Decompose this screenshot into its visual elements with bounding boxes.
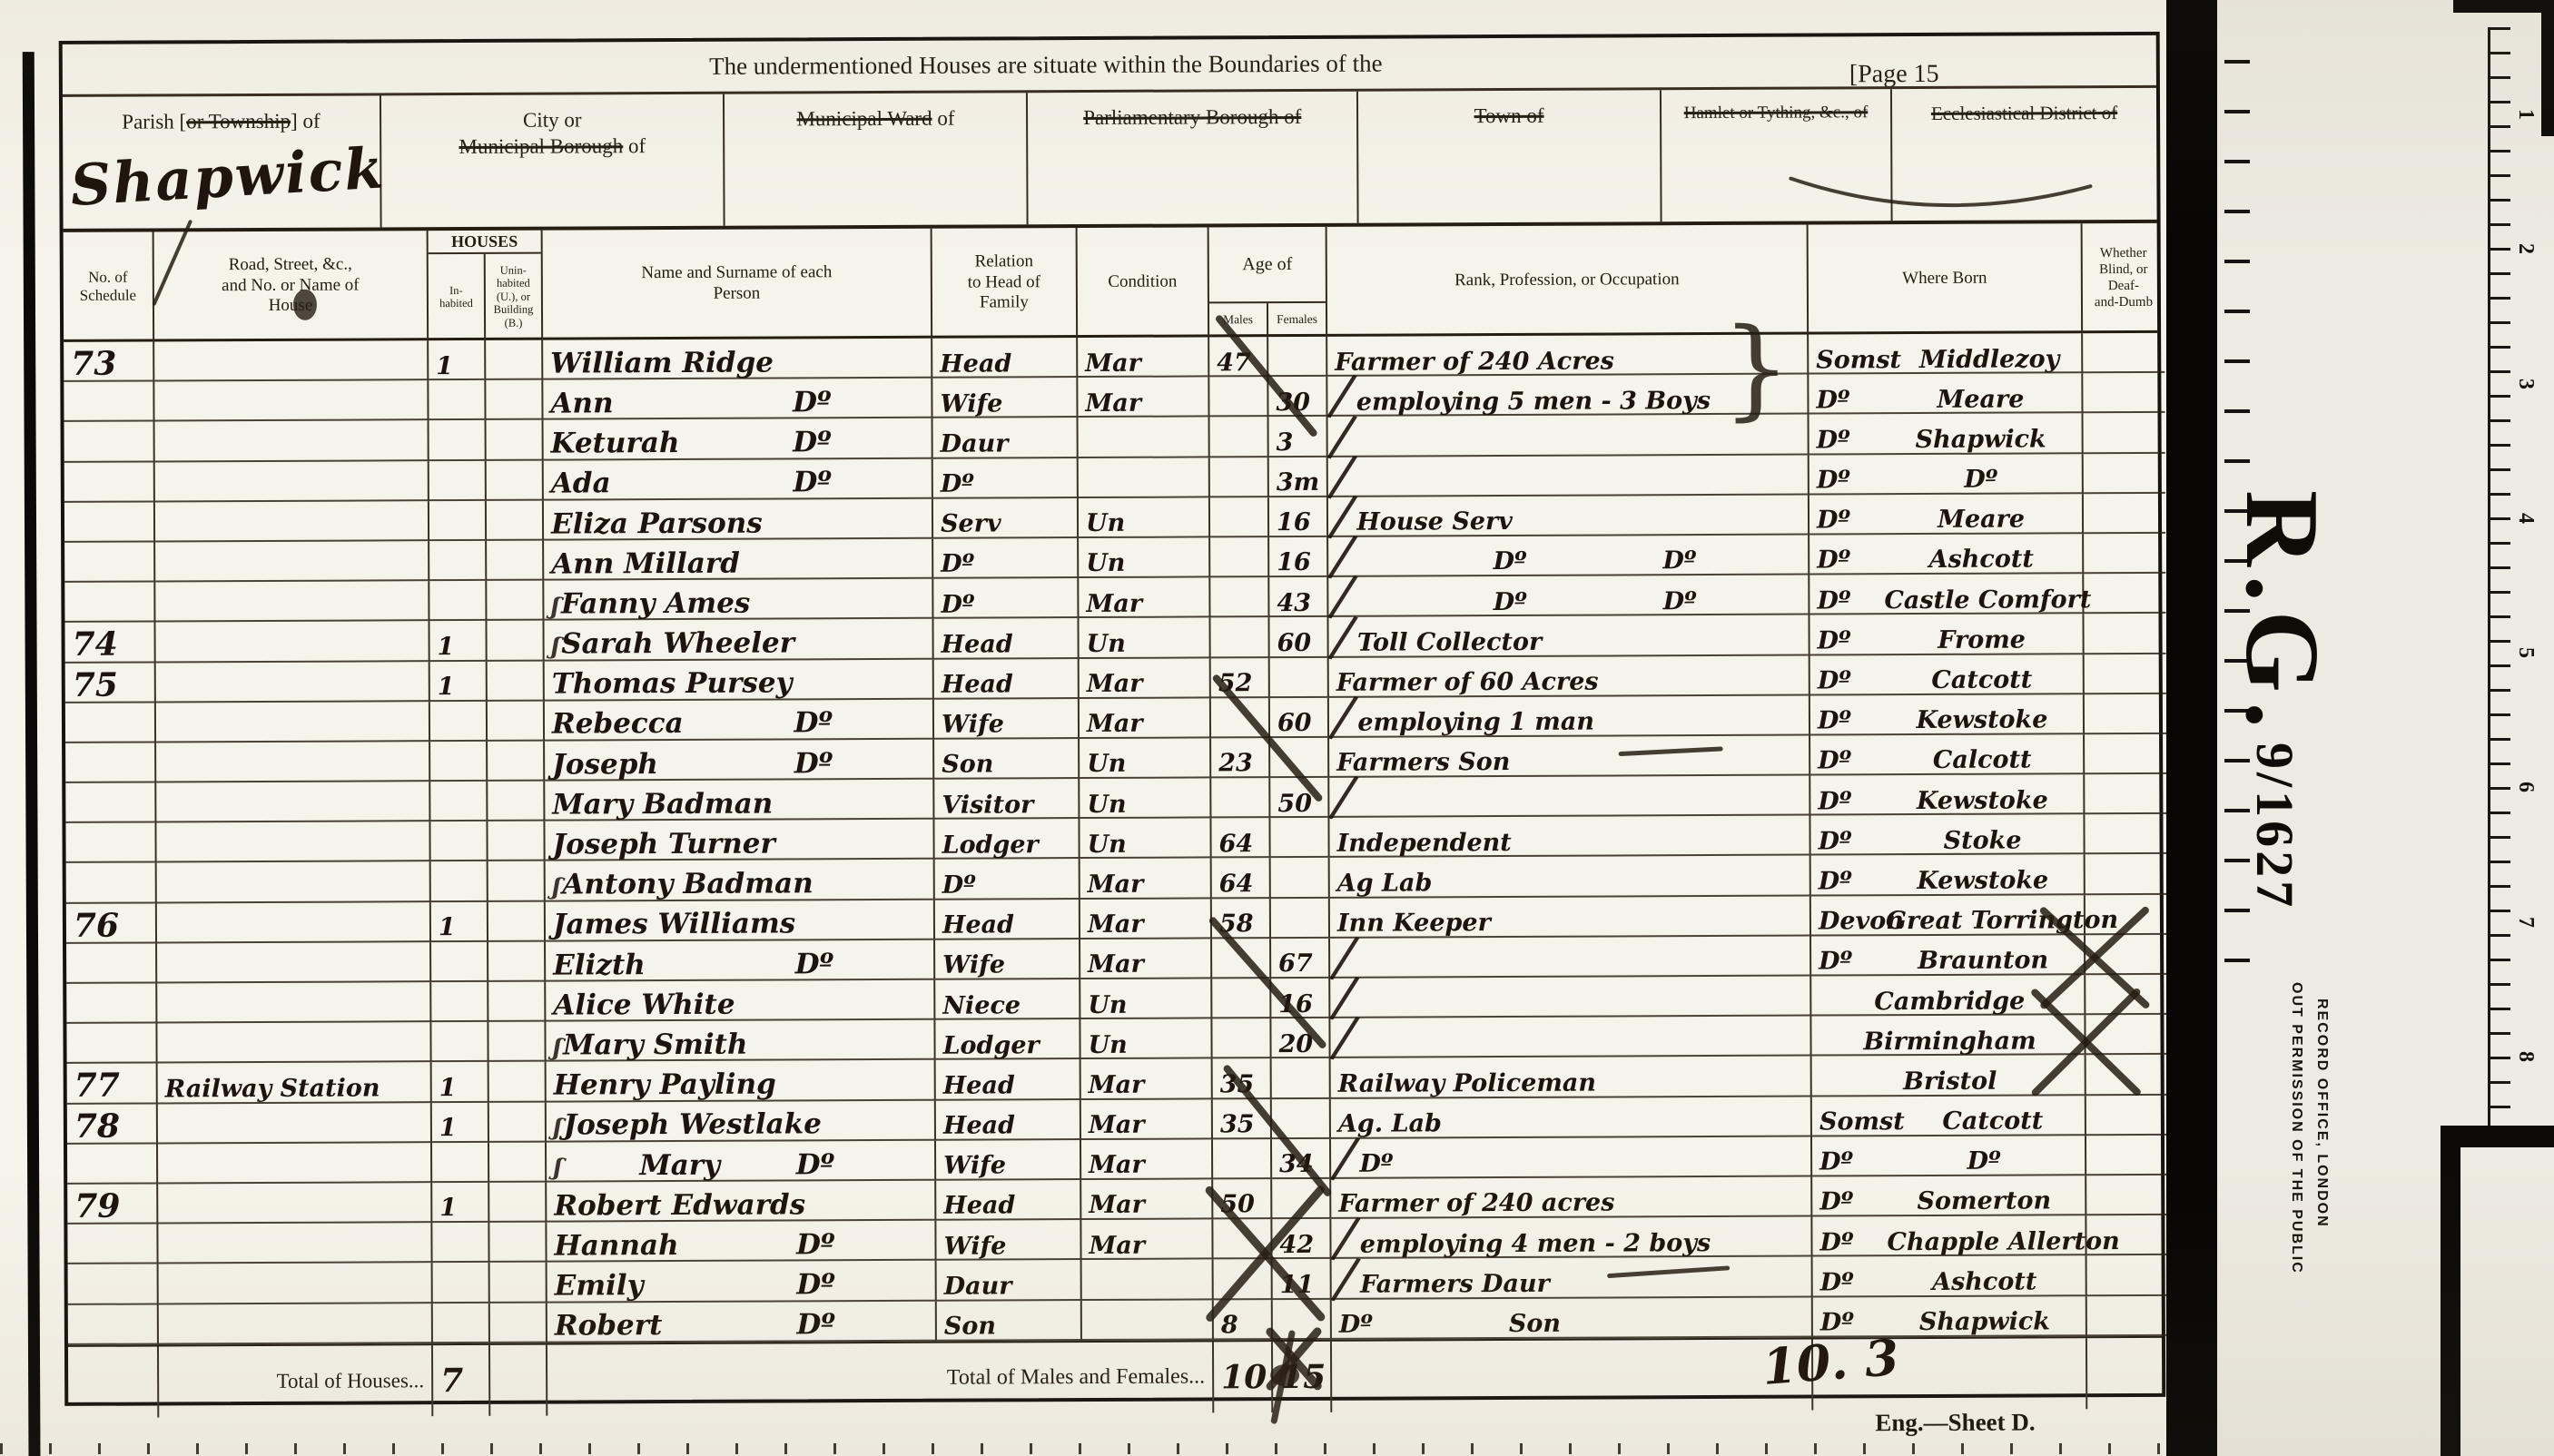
- cell-relation: Head: [935, 900, 1080, 940]
- cell-blind: [2084, 413, 2165, 454]
- cell-condition: Mar: [1080, 899, 1212, 940]
- cell-uninhabited: [488, 701, 545, 741]
- inhabited-mark: 1: [438, 675, 455, 699]
- cell-inhabited: [431, 1022, 488, 1062]
- cell-road: [155, 421, 429, 463]
- cell-road: [157, 902, 431, 944]
- cell-schedule: [64, 382, 154, 423]
- cell-relation: Daur: [937, 1260, 1082, 1301]
- cell-age-male: 58: [1212, 899, 1271, 939]
- cell-uninhabited: [488, 901, 546, 941]
- cell-age-male: [1212, 939, 1271, 979]
- city-label: City orMunicipal Borough of: [381, 107, 724, 161]
- occupation-value: employing 4 men - 2 boys: [1360, 1232, 1711, 1256]
- cell-inhabited: [429, 501, 487, 541]
- age-male-value: 35: [1220, 1113, 1255, 1136]
- condition-value: Mar: [1088, 873, 1144, 897]
- age-female-value: 11: [1280, 1274, 1315, 1297]
- parliamentary-label: Parliamentary Borough of: [1028, 104, 1356, 132]
- birth-place: Castle Comfort: [1884, 588, 2091, 613]
- cell-name: ʃFanny Ames: [544, 579, 933, 621]
- cell-age-female: [1271, 898, 1330, 938]
- cell-blind: [2085, 654, 2166, 694]
- col-header-blind: Whether Blind, or Deaf- and-Dumb: [2083, 223, 2165, 332]
- condition-value: Un: [1087, 633, 1126, 656]
- person-name: Eliza Parsons: [551, 510, 763, 537]
- condition-value: Mar: [1087, 713, 1143, 736]
- cell-age-male: [1210, 457, 1269, 497]
- person-name: Thomas Pursey: [552, 671, 793, 699]
- total-males-cell: 10: [1214, 1342, 1273, 1412]
- birth-place: Ashcott: [1884, 548, 2078, 573]
- birth-place: Catcott: [1885, 668, 2079, 693]
- relation-value: Son: [942, 753, 993, 777]
- cell-schedule: [66, 983, 157, 1024]
- person-surname-ditto: Dº: [793, 389, 832, 417]
- film-frame-vertical: [2441, 1126, 2460, 1456]
- cell-road: [157, 862, 431, 904]
- census-form: The undermentioned Houses are situate wi…: [59, 32, 2166, 1406]
- person-surname-ditto: Dº: [796, 1152, 835, 1179]
- road-value: Railway Station: [165, 1077, 380, 1101]
- cell-born: DºFrome: [1809, 615, 2084, 656]
- cell-occupation: ∕: [1329, 776, 1810, 818]
- cell-age-female: 3m: [1269, 457, 1328, 497]
- cell-inhabited: [429, 380, 486, 420]
- inhabited-mark: 1: [439, 1117, 457, 1140]
- relation-value: Dº: [942, 874, 976, 898]
- cell-blind: [2085, 774, 2166, 815]
- cell-condition: Un: [1079, 618, 1210, 659]
- cell-age-male: 50: [1213, 1179, 1272, 1219]
- ink-tally-stroke: ∕: [1330, 608, 1356, 664]
- cell-inhabited: [432, 1143, 489, 1183]
- person-given-name: Emily: [555, 1273, 644, 1300]
- cell-age-male: [1211, 778, 1270, 818]
- cell-born: DºDº: [1812, 1136, 2086, 1177]
- birth-place: Dº: [1884, 467, 2078, 492]
- occupation-ditto: Dº: [1339, 1313, 1373, 1337]
- birth-place: Braunton: [1886, 949, 2080, 974]
- cell-relation: Dº: [933, 458, 1079, 499]
- relation-value: Wife: [943, 1155, 1006, 1178]
- birth-county: Dº: [1816, 389, 1883, 412]
- cell-blind: [2087, 1255, 2169, 1296]
- cell-uninhabited: [487, 621, 544, 661]
- occupation-value: Farmers Son: [1336, 751, 1510, 774]
- person-surname-ditto: Dº: [796, 1272, 835, 1299]
- cell-age-male: 8: [1214, 1300, 1273, 1340]
- cell-age-female: 16: [1269, 537, 1328, 577]
- birth-county: Dº: [1819, 1150, 1887, 1174]
- cell-inhabited: [430, 821, 488, 861]
- cell-road: Railway Station: [158, 1063, 432, 1105]
- birth-place: Shapwick: [1884, 428, 2078, 452]
- condition-value: Mar: [1087, 673, 1143, 696]
- cell-blind: [2085, 694, 2166, 735]
- cell-uninhabited: [486, 380, 543, 420]
- cell-road: [158, 1223, 432, 1264]
- relation-value: Daur: [941, 432, 1009, 456]
- person-surname-ditto: Dº: [796, 1232, 835, 1259]
- cell-name: KeturahDº: [544, 418, 933, 460]
- cell-uninhabited: [488, 861, 546, 901]
- person-name: Henry Payling: [554, 1072, 776, 1100]
- cell-age-female: [1272, 1058, 1331, 1098]
- age-male-value: 23: [1218, 753, 1253, 776]
- cell-born: Bristol: [1812, 1056, 2086, 1097]
- person-given-name: Keturah: [551, 430, 680, 457]
- cell-condition: Mar: [1080, 658, 1211, 699]
- occupation-value: House Serv: [1356, 510, 1513, 534]
- birth-county: Dº: [1818, 750, 1885, 773]
- cell-occupation: ∕: [1330, 977, 1811, 1018]
- location-header-band: Parish [or Township] of Shapwick City or…: [63, 88, 2157, 232]
- birth-place: Meare: [1884, 508, 2078, 533]
- cell-name: ʃMaryDº: [547, 1140, 936, 1182]
- relation-value: Lodger: [942, 833, 1039, 857]
- cell-uninhabited: [486, 340, 543, 380]
- film-corner-mark-right: [2541, 0, 2554, 136]
- cell-occupation: ∕employing 5 men - 3 Boys: [1327, 375, 1809, 417]
- birth-county: Dº: [1817, 428, 1884, 452]
- person-name: William Ridge: [550, 349, 774, 378]
- cell-occupation: ∕: [1330, 1017, 1811, 1058]
- person-name: Joseph Turner: [553, 831, 775, 860]
- cell-blind: [2084, 614, 2165, 654]
- relation-value: Head: [942, 673, 1013, 696]
- col-header-uninhabited: Unin- habited (U.), or Building (B.): [486, 254, 541, 339]
- cell-inhabited: 1: [432, 1062, 489, 1102]
- cell-inhabited: 1: [429, 621, 487, 661]
- birth-place: Kewstoke: [1885, 789, 2079, 813]
- person-given-name: Mary: [639, 1152, 720, 1179]
- cell-blind: [2086, 975, 2167, 1016]
- cell-born: DºMeare: [1809, 373, 2083, 415]
- cell-blind: [2084, 494, 2165, 535]
- cell-blind: [2083, 373, 2164, 414]
- cell-name: ʃJoseph Westlake: [547, 1100, 936, 1142]
- census-scan-page: 82 [Page 15 The undermentioned Houses ar…: [0, 0, 2554, 1456]
- cell-age-female: [1270, 657, 1329, 697]
- relation-value: Dº: [941, 593, 974, 616]
- cell-condition: Un: [1080, 778, 1211, 819]
- cell-age-male: [1213, 1139, 1272, 1179]
- cell-uninhabited: [488, 782, 545, 821]
- occupation-value: Dº: [1662, 550, 1696, 574]
- relation-value: Niece: [942, 994, 1021, 1018]
- occupation-value: Railway Policeman: [1338, 1071, 1596, 1096]
- cell-age-male: [1212, 1018, 1271, 1058]
- birth-county: Dº: [1819, 1191, 1887, 1215]
- age-female-value: 20: [1278, 1033, 1313, 1057]
- age-male-value: 35: [1220, 1073, 1255, 1097]
- col-header-inhabited: In- habited: [429, 254, 486, 339]
- schedule-number: 78: [74, 1110, 120, 1141]
- cell-road: [157, 1022, 431, 1064]
- film-ruler-number: 5: [2513, 647, 2538, 658]
- cell-uninhabited: [487, 460, 544, 500]
- ink-tally-stroke: ∕: [1332, 1130, 1358, 1186]
- total-females-cell: 15: [1273, 1342, 1332, 1412]
- cell-blind: [2087, 1295, 2169, 1336]
- age-male-value: 50: [1220, 1194, 1255, 1217]
- cell-inhabited: [429, 460, 487, 500]
- cell-schedule: [65, 823, 156, 864]
- ink-tally-stroke: ∕: [1333, 1250, 1359, 1306]
- cell-age-male: [1212, 979, 1271, 1018]
- cell-schedule: 75: [65, 663, 156, 703]
- condition-value: Un: [1088, 993, 1127, 1017]
- person-surname-ditto: Dº: [793, 429, 832, 457]
- person-name: James Williams: [553, 911, 795, 940]
- cell-age-female: [1272, 1098, 1331, 1138]
- age-female-value: 60: [1277, 712, 1312, 735]
- birth-county: Dº: [1819, 830, 1886, 853]
- inhabited-mark: 1: [439, 916, 456, 940]
- relation-value: Dº: [941, 553, 974, 576]
- person-given-name: Elizth: [553, 952, 646, 979]
- cell-road: [156, 662, 430, 703]
- birth-county: Dº: [1819, 950, 1886, 974]
- condition-value: Mar: [1088, 953, 1144, 977]
- cell-inhabited: [429, 420, 487, 460]
- cell-schedule: [64, 462, 155, 503]
- cell-occupation: Farmer of 240 Acres: [1327, 335, 1809, 377]
- person-name: Ann Millard: [551, 550, 740, 577]
- cell-inhabited: [431, 982, 488, 1022]
- parish-label: Parish [or Township] of: [63, 108, 380, 135]
- cell-born: DºChapple Allerton: [1812, 1215, 2086, 1257]
- scan-bottom-ruler: [0, 1443, 2166, 1454]
- total-males-females-label: Total of Males and Females...: [547, 1342, 1214, 1415]
- cell-blind: [2086, 1095, 2168, 1136]
- ecclesiastical-label: Ecclesiastical District of: [1892, 101, 2156, 126]
- archive-piece-reference: 9/1627: [2244, 743, 2305, 910]
- cell-occupation: Ag. Lab: [1331, 1097, 1812, 1138]
- relation-value: Wife: [940, 392, 1002, 416]
- person-name: Sarah Wheeler: [561, 630, 794, 658]
- cell-occupation: ∕: [1330, 936, 1811, 978]
- cell-age-female: 60: [1269, 617, 1328, 657]
- cell-inhabited: 1: [431, 902, 488, 942]
- total-females-value: 15: [1280, 1358, 1326, 1396]
- ink-tick-mark: ʃ: [550, 595, 561, 619]
- occupation-value: Dº: [1663, 590, 1697, 614]
- cell-age-female: 11: [1273, 1259, 1332, 1299]
- cell-occupation: ∕Farmers Daur: [1332, 1257, 1813, 1299]
- cell-road: [155, 621, 429, 663]
- schedule-number: 73: [71, 349, 116, 379]
- cell-blind: [2086, 1015, 2167, 1056]
- cell-age-male: [1210, 418, 1269, 457]
- cell-schedule: [65, 743, 156, 783]
- cell-condition: Mar: [1079, 578, 1210, 619]
- person-name: Mary Smith: [563, 1032, 748, 1059]
- cell-condition: Mar: [1078, 378, 1209, 418]
- cell-age-female: 67: [1271, 939, 1330, 979]
- cell-road: [156, 821, 430, 863]
- cell-condition: Mar: [1081, 1059, 1213, 1100]
- cell-relation: Lodger: [935, 1019, 1080, 1060]
- parish-cell: Parish [or Township] of Shapwick: [63, 95, 381, 229]
- cell-uninhabited: [487, 500, 544, 540]
- occupation-ditto: Dº: [1494, 591, 1527, 615]
- age-subheaders: Males Females: [1209, 301, 1326, 337]
- age-female-value: 3: [1277, 431, 1294, 455]
- city-label-post: of: [623, 134, 646, 157]
- cell-relation: Wife: [935, 940, 1080, 980]
- cell-name: AdaDº: [544, 458, 933, 500]
- col-header-age: Age of: [1209, 227, 1326, 302]
- cell-inhabited: [432, 1223, 489, 1263]
- cell-relation: Niece: [935, 979, 1080, 1020]
- birth-place: Catcott: [1905, 1109, 2081, 1133]
- cell-relation: Son: [934, 739, 1080, 780]
- condition-value: Mar: [1085, 391, 1141, 415]
- film-corner-mark-top: [2453, 0, 2554, 13]
- cell-schedule: [68, 1264, 159, 1305]
- person-name: Antony Badman: [562, 871, 813, 900]
- col-header-houses: HOUSES: [429, 231, 541, 255]
- cell-road: [155, 541, 429, 583]
- cell-occupation: DºSon: [1332, 1297, 1813, 1339]
- cell-condition: [1082, 1260, 1214, 1301]
- cell-relation: Dº: [933, 578, 1079, 619]
- relation-value: Visitor: [942, 793, 1033, 817]
- cell-road: [158, 1143, 432, 1185]
- cell-uninhabited: [487, 420, 544, 460]
- occupation-value: Toll Collector: [1357, 631, 1542, 655]
- cell-age-female: 43: [1269, 577, 1328, 617]
- cell-relation: Wife: [934, 699, 1080, 740]
- cell-condition: Mar: [1080, 698, 1211, 739]
- cell-age-female: 30: [1268, 377, 1327, 417]
- col-group-houses: HOUSES In- habited Unin- habited (U.), o…: [429, 231, 544, 340]
- cell-schedule: [64, 422, 155, 463]
- cell-condition: Mar: [1081, 1099, 1213, 1140]
- cell-schedule: 77: [67, 1064, 158, 1105]
- cell-schedule: 78: [67, 1104, 158, 1145]
- cell-age-female: 3: [1269, 417, 1328, 457]
- relation-value: Head: [943, 1114, 1015, 1137]
- age-female-value: 42: [1279, 1234, 1314, 1257]
- birth-county: Dº: [1817, 549, 1884, 573]
- parish-label-struck: or Township: [186, 110, 291, 133]
- cell-schedule: 79: [67, 1184, 158, 1225]
- houses-subheaders: In- habited Unin- habited (U.), or Build…: [429, 254, 541, 340]
- col-header-schedule: No. of Schedule: [64, 231, 155, 340]
- person-name: Joseph Westlake: [563, 1112, 822, 1140]
- cell-uninhabited: [488, 741, 545, 781]
- cell-road: [155, 501, 429, 543]
- cell-relation: Wife: [936, 1140, 1081, 1181]
- person-given-name: Robert: [555, 1313, 663, 1340]
- condition-value: Mar: [1089, 1074, 1145, 1097]
- town-label: Town of: [1358, 103, 1660, 130]
- cell-age-male: 47: [1209, 337, 1268, 377]
- cell-age-male: [1210, 537, 1269, 577]
- cell-condition: Mar: [1081, 1220, 1213, 1261]
- cell-born: DºSomerton: [1812, 1176, 2086, 1217]
- total-houses-value-cell: 7: [433, 1345, 490, 1416]
- cell-inhabited: [433, 1303, 490, 1343]
- schedule-number: 75: [73, 669, 118, 700]
- cell-name: ʃSarah Wheeler: [544, 619, 933, 661]
- cell-inhabited: [431, 942, 488, 982]
- cell-schedule: [66, 1024, 157, 1065]
- occupation-value: Dº: [1359, 1153, 1393, 1176]
- cell-age-female: [1270, 818, 1329, 858]
- ward-label-post: of: [932, 107, 955, 130]
- cell-road: [156, 702, 430, 743]
- cell-born: DºCastle Comfort: [1809, 574, 2084, 615]
- census-rows: 731William RidgeHeadMar47Farmer of 240 A…: [64, 333, 2162, 1345]
- cell-occupation: ∕Toll Collector: [1328, 615, 1809, 657]
- parish-label-pre: Parish [: [122, 110, 186, 133]
- film-ruler-number: 1: [2513, 109, 2538, 120]
- age-female-value: 16: [1277, 511, 1311, 535]
- ink-tick-mark: ʃ: [552, 1117, 563, 1140]
- cell-condition: Mar: [1078, 337, 1209, 378]
- cell-uninhabited: [489, 1102, 547, 1142]
- cell-road: [156, 742, 430, 783]
- cell-age-male: 52: [1211, 658, 1270, 698]
- cell-age-male: [1209, 377, 1268, 417]
- cell-uninhabited: [489, 1223, 547, 1263]
- cell-age-female: 50: [1270, 778, 1329, 818]
- cell-born: DºKewstoke: [1811, 855, 2086, 897]
- birth-county: Dº: [1817, 589, 1884, 613]
- totals-blind-cell: [2087, 1338, 2169, 1409]
- table-header-row: No. of Schedule Road, Street, &c., and N…: [64, 223, 2158, 342]
- cell-uninhabited: [488, 941, 546, 981]
- cell-schedule: [66, 943, 157, 984]
- cell-road: [158, 1183, 432, 1225]
- cell-occupation: ∕Dº: [1331, 1136, 1812, 1178]
- cell-name: Mary Badman: [545, 780, 934, 821]
- cell-age-female: 20: [1271, 1018, 1330, 1058]
- cell-born: DºStoke: [1810, 814, 2085, 856]
- cell-born: Cambridge: [1811, 975, 2086, 1017]
- relation-value: Son: [944, 1315, 996, 1339]
- person-name: Mary Badman: [552, 791, 773, 818]
- birth-place: Kewstoke: [1886, 869, 2080, 893]
- cell-schedule: 76: [66, 903, 157, 944]
- col-header-relation: Relation to Head of Family: [932, 228, 1079, 338]
- form-caption: The undermentioned Houses are situate wi…: [63, 35, 2156, 97]
- cell-age-male: [1210, 577, 1269, 617]
- birth-place: Stoke: [1886, 829, 2080, 853]
- cell-road: [154, 340, 429, 382]
- ward-cell: Municipal Ward of: [725, 93, 1028, 225]
- cell-schedule: [64, 583, 155, 624]
- cell-relation: Lodger: [934, 819, 1080, 860]
- cell-road: [155, 461, 429, 503]
- age-female-value: 43: [1277, 592, 1311, 615]
- occupation-value: Son: [1509, 1313, 1561, 1336]
- cell-age-male: [1214, 1259, 1273, 1299]
- copyright-stamp-line1: OUT PERMISSION OF THE PUBLIC: [2288, 982, 2304, 1274]
- cell-occupation: Independent: [1329, 816, 1810, 858]
- cell-name: William Ridge: [543, 339, 932, 380]
- cell-inhabited: 1: [429, 340, 486, 380]
- birth-county: Somst: [1819, 1110, 1905, 1134]
- col-header-females: Females: [1268, 303, 1326, 336]
- cell-occupation: ∕: [1328, 415, 1809, 457]
- col-header-name: Name and Surname of each Person: [543, 229, 933, 339]
- cell-schedule: [65, 783, 156, 824]
